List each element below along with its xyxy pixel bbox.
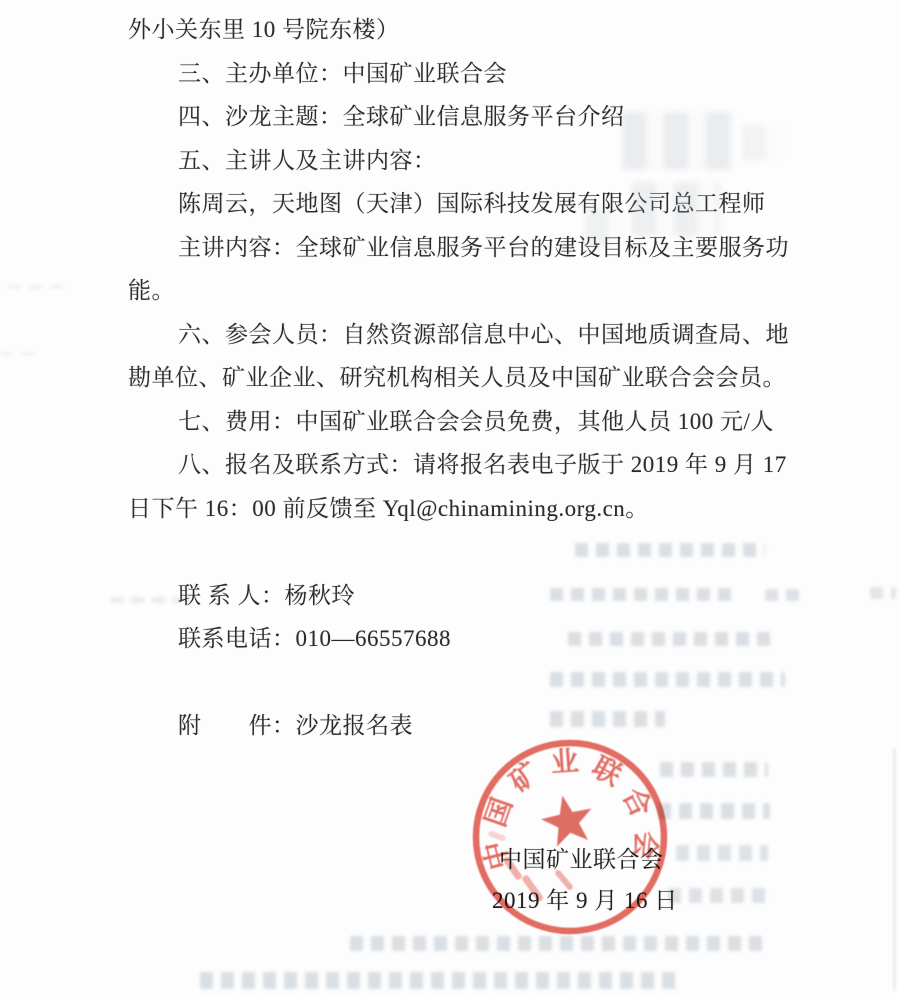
text-line: 四、沙龙主题：全球矿业信息服务平台介绍 xyxy=(128,95,808,139)
text-line: 能。 xyxy=(128,269,808,313)
text-line: 主讲内容：全球矿业信息服务平台的建设目标及主要服务功 xyxy=(128,226,808,270)
bleedthrough-artifact xyxy=(676,845,768,861)
bleedthrough-artifact xyxy=(668,888,768,903)
text-line: 陈周云，天地图（天津）国际科技发展有限公司总工程师 xyxy=(128,182,808,226)
text-line: 联系电话：010—66557688 xyxy=(128,617,808,661)
text-line: 外小关东里 10 号院东楼） xyxy=(128,8,808,52)
text-line: 七、费用：中国矿业联合会会员免费，其他人员 100 元/人 xyxy=(128,400,808,444)
bleedthrough-artifact xyxy=(200,972,682,989)
text-line: 勘单位、矿业企业、研究机构相关人员及中国矿业联合会会员。 xyxy=(128,356,808,400)
text-line: 六、参会人员：自然资源部信息中心、中国地质调查局、地 xyxy=(128,313,808,357)
text-line xyxy=(128,661,808,705)
text-line: 日下午 16：00 前反馈至 Yql@chinamining.org.cn。 xyxy=(128,487,808,531)
text-line xyxy=(128,530,808,574)
text-line: 联 系 人：杨秋玲 xyxy=(128,574,808,618)
bleedthrough-artifact xyxy=(870,587,896,599)
text-line: 三、主办单位：中国矿业联合会 xyxy=(128,52,808,96)
text-line: 八、报名及联系方式：请将报名表电子版于 2019 年 9 月 17 xyxy=(128,443,808,487)
bleedthrough-artifact xyxy=(8,285,68,289)
bleedthrough-artifact xyxy=(0,352,42,356)
document-text: 外小关东里 10 号院东楼）三、主办单位：中国矿业联合会四、沙龙主题：全球矿业信… xyxy=(128,8,808,748)
official-seal: 中国矿业联合会 xyxy=(466,737,676,947)
seal-graphic: 中国矿业联合会 xyxy=(466,737,676,947)
document-page: 外小关东里 10 号院东楼）三、主办单位：中国矿业联合会四、沙龙主题：全球矿业信… xyxy=(0,0,900,994)
text-line: 五、主讲人及主讲内容： xyxy=(128,139,808,183)
bleedthrough-artifact xyxy=(893,748,896,990)
star-icon xyxy=(537,790,597,848)
bleedthrough-artifact xyxy=(660,762,768,777)
